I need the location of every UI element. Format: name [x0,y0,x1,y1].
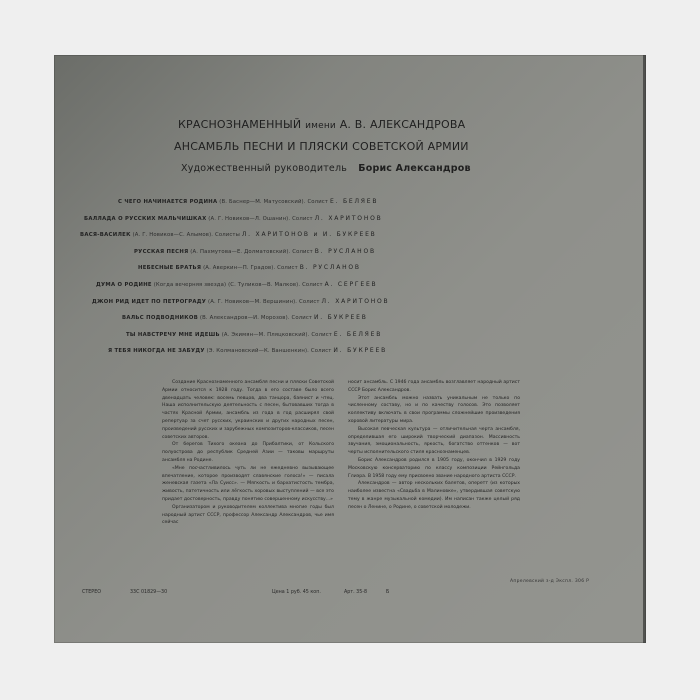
track-title: НЕБЕСНЫЕ БРАТЬЯ [138,265,201,271]
track-title: ВАЛЬС ПОДВОДНИКОВ [122,315,198,321]
record-sleeve-back: КРАСНОЗНАМЕННЫЙ имени А. В. АЛЕКСАНДРОВА… [54,55,646,643]
liner-paragraph: Создание Краснознаменного ансамбля песни… [162,379,334,441]
title-part: А. В. АЛЕКСАНДРОВА [340,118,466,131]
soloist-label: Солист [311,332,332,338]
track-title: С ЧЕГО НАЧИНАЕТСЯ РОДИНА [118,199,217,205]
liner-paragraph: Борис Александров родился в 1905 году, о… [348,457,520,480]
track-row: ВАСЯ-ВАСИЛЕК (А. Г. Новиков—С. Алымов). … [80,231,377,238]
track-authors: (А. Аверкин—П. Градов). [203,265,275,271]
soloist-label: Солист [292,216,313,222]
ensemble-title-line1: КРАСНОЗНАМЕННЫЙ имени А. В. АЛЕКСАНДРОВА [178,118,465,131]
track-authors: (А. Г. Новиков—Л. Ошанин). [208,216,290,222]
director-name: Борис Александров [358,163,470,174]
price-group: Б [386,590,389,595]
soloist-label: Солисты [215,232,240,238]
soloist-label: Солист [277,265,298,271]
track-row: НЕБЕСНЫЕ БРАТЬЯ (А. Аверкин—П. Градов). … [138,264,361,271]
title-part: КРАСНОЗНАМЕННЫЙ [178,118,301,131]
soloist-name: В. РУСЛАНОВ [315,248,376,255]
liner-paragraph: От берегов Тихого океана до Прибалтики, … [162,441,334,464]
liner-paragraph: Высокая певческая культура — отличительн… [348,426,520,457]
track-title: ДУМА О РОДИНЕ [96,282,152,288]
soloist-name: Е. БЕЛЯЕВ [330,198,378,205]
track-authors: (В. Александров—И. Морозов). [200,315,290,321]
track-title: ВАСЯ-ВАСИЛЕК [80,232,131,238]
track-row: ВАЛЬС ПОДВОДНИКОВ (В. Александров—И. Мор… [122,314,368,321]
track-authors: (А. Г. Новиков—М. Вершинин). [208,299,297,305]
soloist-name: И. БУКРЕЕВ [314,314,368,321]
title-part: имени [305,121,336,131]
soloist-label: Солист [311,348,332,354]
track-row: РУССКАЯ ПЕСНЯ (А. Пахмутова—Е. Долматовс… [134,248,376,255]
soloist-name: Е. БЕЛЯЕВ [334,331,382,338]
liner-paragraph: Александров — автор нескольких балетов, … [348,480,520,511]
soloist-name: Л. ХАРИТОНОВ и И. БУКРЕЕВ [242,231,377,238]
track-title: РУССКАЯ ПЕСНЯ [134,249,188,255]
track-authors: (А. Пахмутова—Е. Долматовский). [190,249,290,255]
soloist-label: Солист [302,282,323,288]
catalog-number: 33С 01829—30 [130,590,167,595]
liner-paragraph: носит ансамбль. С 1946 года ансамбль воз… [348,379,520,395]
article-number: Арт. 35-8 [344,590,367,595]
stereo-label: СТЕРЕО [82,590,101,595]
track-title: БАЛЛАДА О РУССКИХ МАЛЬЧИШКАХ [84,216,206,222]
track-row: ДЖОН РИД ИДЕТ ПО ПЕТРОГРАДУ (А. Г. Новик… [92,298,389,305]
track-authors: (Когда вечерняя звезда) (С. Туликов—В. М… [154,282,301,288]
track-authors: (А. Экимян—М. Пляцковский). [222,332,310,338]
ensemble-title-line2: АНСАМБЛЬ ПЕСНИ И ПЛЯСКИ СОВЕТСКОЙ АРМИИ [174,140,469,153]
liner-paragraph: Организатором и руководителем коллектива… [162,504,334,527]
soloist-label: Солист [291,315,312,321]
soloist-label: Солист [299,299,320,305]
price: Цена 1 руб. 45 коп. [272,590,321,595]
soloist-name: В. РУСЛАНОВ [300,264,361,271]
soloist-name: Л. ХАРИТОНОВ [315,215,383,222]
director-label: Художественный руководитель [181,163,347,174]
track-title: ДЖОН РИД ИДЕТ ПО ПЕТРОГРАДУ [92,299,206,305]
track-row: Я ТЕБЯ НИКОГДА НЕ ЗАБУДУ (Э. Колмановски… [108,347,387,354]
soloist-name: И. БУКРЕЕВ [333,347,387,354]
liner-notes-left: Создание Краснознаменного ансамбля песни… [162,379,334,527]
soloist-name: А. СЕРГЕЕВ [325,281,378,288]
track-title: Я ТЕБЯ НИКОГДА НЕ ЗАБУДУ [108,348,205,354]
track-authors: (А. Г. Новиков—С. Алымов). [133,232,214,238]
factory-stamp: Апрелевский з-д Экспл. 306 Р [510,579,589,584]
soloist-label: Солист [307,199,328,205]
liner-paragraph: «Мне посчастливилось чуть ли не ежедневн… [162,465,334,504]
track-row: ТЫ НАВСТРЕЧУ МНЕ ИДЕШЬ (А. Экимян—М. Пля… [126,331,382,338]
soloist-name: Л. ХАРИТОНОВ [321,298,389,305]
liner-paragraph: Этот ансамбль можно назвать уникальным н… [348,395,520,426]
track-row: БАЛЛАДА О РУССКИХ МАЛЬЧИШКАХ (А. Г. Нови… [84,215,383,222]
track-title: ТЫ НАВСТРЕЧУ МНЕ ИДЕШЬ [126,332,220,338]
artistic-director: Художественный руководитель Борис Алекса… [181,163,471,174]
liner-notes-right: носит ансамбль. С 1946 года ансамбль воз… [348,379,520,512]
track-row: С ЧЕГО НАЧИНАЕТСЯ РОДИНА (В. Баснер—М. М… [118,198,378,205]
soloist-label: Солист [292,249,313,255]
track-authors: (Э. Колмановский—К. Ваншенкин). [207,348,309,354]
track-authors: (В. Баснер—М. Матусовский). [219,199,305,205]
track-row: ДУМА О РОДИНЕ (Когда вечерняя звезда) (С… [96,281,377,288]
